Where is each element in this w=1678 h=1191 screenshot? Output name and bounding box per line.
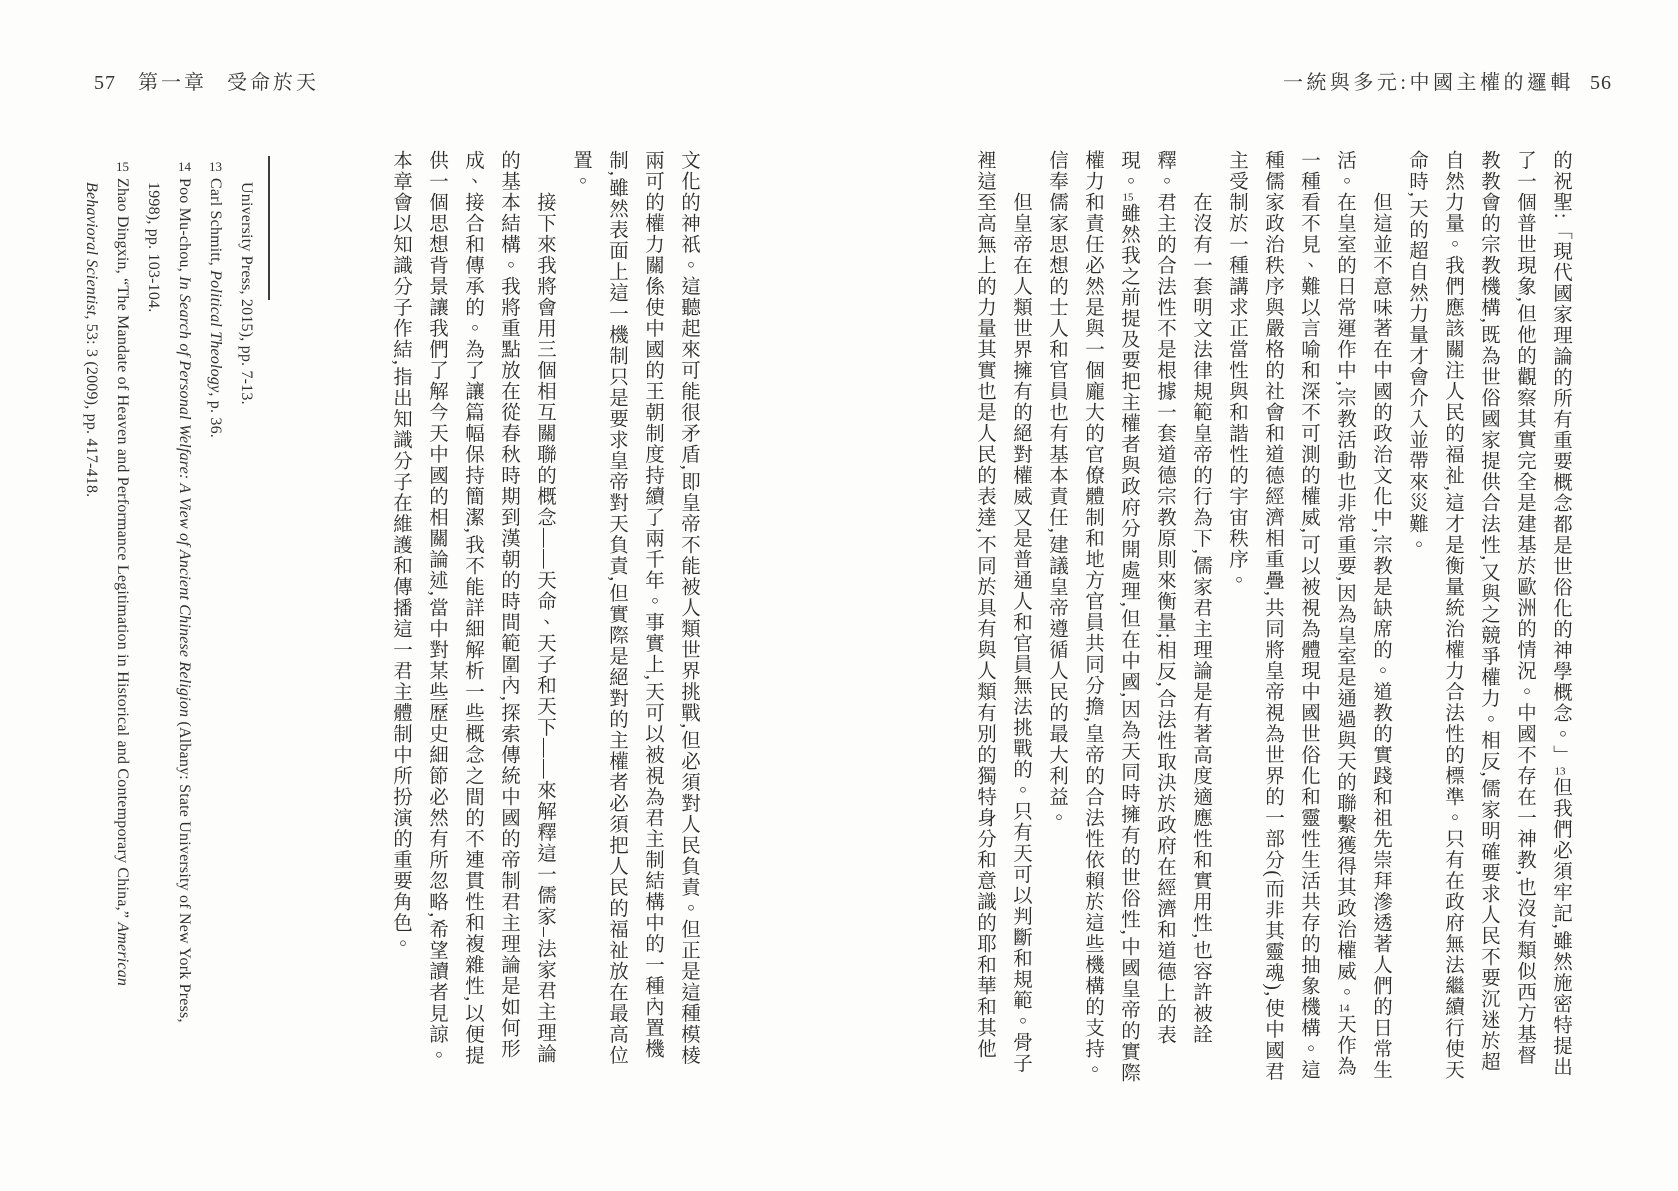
- right-page-number: 56: [1590, 72, 1612, 94]
- left-page-text: 文化的神祇。這聽起來可能很矛盾,即皇帝不能被人類世界挑戰,但必須對人民負責。但正…: [382, 150, 706, 1084]
- footnote-reference: 15: [1122, 192, 1134, 203]
- footnote-continuation: Behavioral Scientist, 53: 3 (2009), pp. …: [76, 160, 107, 1080]
- footnote-number: 15: [115, 160, 130, 173]
- footnote-number: 13: [208, 160, 223, 173]
- footnote-reference: 13: [1554, 766, 1566, 777]
- italic-text: Political Theology: [207, 270, 224, 392]
- right-page-text: 的祝聖:「現代國家理論的所有重要概念都是世俗化的神學概念。」13但我們必須牢記,…: [966, 150, 1578, 1084]
- italic-text: Behavioral Scientist: [83, 182, 100, 315]
- footnote-number: 14: [177, 160, 192, 173]
- left-running-head: 57第一章受命於天: [94, 66, 319, 95]
- paragraph: 文化的神祇。這聽起來可能很矛盾,即皇帝不能被人類世界挑戰,但必須對人民負責。但正…: [562, 150, 706, 1084]
- footnote-14: 14Poo Mu-chou, In Search of Personal Wel…: [169, 160, 200, 1080]
- paragraph: 接下來我將會用三個相互關聯的概念——天命、天子和天下——來解釋這一儒家–法家君主…: [382, 150, 562, 1084]
- book-running-title: 一統與多元:中國主權的邏輯: [1283, 72, 1574, 94]
- footnotes-block: University Press, 2015), pp. 7-13.13Carl…: [76, 160, 262, 1080]
- footnote-continuation: 1998), pp. 103-104.: [138, 160, 169, 1080]
- chapter-label: 第一章: [138, 72, 207, 94]
- book-spread: 57第一章受命於天 一統與多元:中國主權的邏輯56 的祝聖:「現代國家理論的所有…: [0, 0, 1678, 1191]
- footnote-15: 15Zhao Dingxin, “The Mandate of Heaven a…: [107, 160, 138, 1080]
- left-page-number: 57: [94, 72, 116, 94]
- chapter-title: 受命於天: [227, 72, 319, 94]
- footnote-separator-rule: [268, 156, 270, 300]
- italic-text: In Search of Personal Welfare: A View of…: [176, 276, 193, 717]
- paragraph: 在沒有一套明文法律規範皇帝的行為下,儒家君主理論是有著高度適應性和實用性,也容許…: [1038, 150, 1218, 1084]
- italic-text: American: [114, 922, 131, 986]
- paragraph: 但皇帝在人類世界擁有的絕對權威又是普通人和官員無法挑戰的。只有天可以判斷和規範。…: [966, 150, 1038, 1084]
- footnote-13: 13Carl Schmitt, Political Theology, p. 3…: [200, 160, 231, 1080]
- footnote-continuation: University Press, 2015), pp. 7-13.: [231, 160, 262, 1080]
- right-running-head: 一統與多元:中國主權的邏輯56: [1283, 66, 1612, 95]
- paragraph: 的祝聖:「現代國家理論的所有重要概念都是世俗化的神學概念。」13但我們必須牢記,…: [1398, 150, 1578, 1084]
- footnote-reference: 14: [1338, 1003, 1350, 1014]
- paragraph: 但這並不意味著在中國的政治文化中,宗教是缺席的。道教的實踐和祖先崇拜滲透著人們的…: [1218, 150, 1398, 1084]
